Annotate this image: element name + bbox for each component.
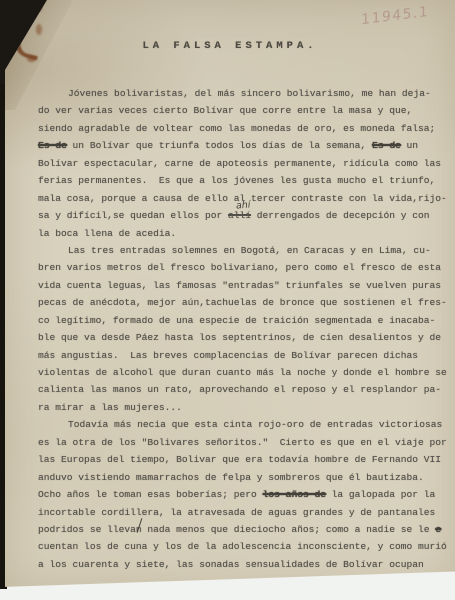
- text-line: es la otra de los "Bolivares señoritos."…: [38, 434, 447, 451]
- typed-text: podridos se lleva: [38, 524, 136, 535]
- text-line: co legítimo, formado de una especie de t…: [38, 312, 447, 329]
- typed-text: Jóvenes bolivaristas, del más sincero bo…: [68, 88, 431, 99]
- typed-text: es la otra de los "Bolivares señoritos."…: [38, 437, 447, 448]
- rust-stain-blob: [36, 24, 42, 35]
- typescript-body: Jóvenes bolivaristas, del más sincero bo…: [38, 85, 447, 573]
- typed-text: co legítimo, formado de una especie de t…: [38, 315, 435, 326]
- text-line: Todavía más necia que esta cinta rojo-or…: [38, 416, 447, 433]
- slashed-text: n: [136, 521, 142, 538]
- text-line: cuentan los de cuna y los de la adolesce…: [38, 538, 447, 555]
- text-line: más angustias. Las breves complacencias …: [38, 347, 447, 364]
- text-line: calienta las manos un rato, aprovechando…: [38, 381, 447, 398]
- struck-text: Es de: [372, 140, 401, 151]
- typed-text: a los cuarenta y siete, las sonadas sens…: [38, 559, 424, 570]
- typed-text: bren varios metros del fresco bolivarian…: [38, 262, 441, 273]
- text-line: violentas de alcohol que duran cuanto má…: [38, 364, 447, 381]
- typed-text: la galopada por la: [326, 489, 435, 500]
- typescript-paper: 11945.1 LA FALSA ESTAMPA. Jóvenes boliva…: [5, 0, 455, 588]
- typed-text: Las tres entradas solemnes en Bogotá, en…: [68, 245, 431, 256]
- typed-text: do ver varias veces cierto Bolívar que c…: [38, 105, 412, 116]
- typed-text: ble que va desde Páez hasta los septentr…: [38, 332, 441, 343]
- text-line: do ver varias veces cierto Bolívar que c…: [38, 102, 447, 119]
- typed-text: nada menos que dieciocho años; como a na…: [142, 524, 436, 535]
- typed-text: más angustias. Las breves complacencias …: [38, 350, 418, 361]
- struck-text: los años de: [263, 489, 326, 500]
- typed-text: incortable cordillera, la atravesada de …: [38, 507, 435, 518]
- rust-stain-blob: [27, 56, 36, 62]
- typed-text: siendo agradable de voltear como las mon…: [38, 123, 435, 134]
- struck-text: c: [435, 524, 441, 535]
- typed-text: vida cuenta leguas, las famosas "entrada…: [38, 280, 441, 291]
- text-line: pecas de anécdota, mejor aún,tachuelas d…: [38, 294, 447, 311]
- text-line: a los cuarenta y siete, las sonadas sens…: [38, 556, 447, 573]
- text-line: podridos se llevan nada menos que diecio…: [38, 521, 447, 538]
- scanned-page: 11945.1 LA FALSA ESTAMPA. Jóvenes boliva…: [0, 0, 455, 600]
- typed-text: ra mirar a las mujeres...: [38, 402, 182, 413]
- text-line: Jóvenes bolivaristas, del más sincero bo…: [38, 85, 447, 102]
- text-line: anduvo vistiendo mamarrachos de felpa y …: [38, 469, 447, 486]
- text-line: Ocho años le toman esas boberías; pero l…: [38, 486, 447, 503]
- typed-text: anduvo vistiendo mamarrachos de felpa y …: [38, 472, 424, 483]
- text-line: incortable cordillera, la atravesada de …: [38, 504, 447, 521]
- text-line: ra mirar a las mujeres...: [38, 399, 447, 416]
- typed-text: Ocho años le toman esas boberías; pero: [38, 489, 263, 500]
- text-line: siendo agradable de voltear como las mon…: [38, 120, 447, 137]
- typed-text: cuentan los de cuna y los de la adolesce…: [38, 541, 447, 552]
- typed-text: la boca llena de acedia.: [38, 228, 176, 239]
- document-title: LA FALSA ESTAMPA.: [5, 40, 455, 52]
- handwritten-archive-number: 11945.1: [361, 4, 429, 28]
- handwritten-correction: ahí: [235, 196, 251, 215]
- text-line: vida cuenta leguas, las famosas "entrada…: [38, 277, 447, 294]
- text-line: Es de un Bolívar que triunfa todos los d…: [38, 137, 447, 154]
- corrected-word: ahíallí: [228, 207, 251, 224]
- typed-text: calienta las manos un rato, aprovechando…: [38, 384, 441, 395]
- text-line: la boca llena de acedia.: [38, 225, 447, 242]
- text-line: Bolívar espectacular, carne de apoteosis…: [38, 155, 447, 172]
- typed-text: ferias permanentes. Es que a los jóvenes…: [38, 175, 435, 186]
- typed-text: un Bolívar que triunfa todos los días de…: [67, 140, 372, 151]
- typed-text: Bolívar espectacular, carne de apoteosis…: [38, 158, 441, 169]
- text-line: ferias permanentes. Es que a los jóvenes…: [38, 172, 447, 189]
- typed-text: Todavía más necia que esta cinta rojo-or…: [68, 419, 442, 430]
- typed-text: derrengados de decepción y con: [251, 210, 429, 221]
- text-line: las Europas del tiempo, Bolivar que era …: [38, 451, 447, 468]
- text-line: Las tres entradas solemnes en Bogotá, en…: [38, 242, 447, 259]
- text-line: ble que va desde Páez hasta los septentr…: [38, 329, 447, 346]
- text-line: bren varios metros del fresco bolivarian…: [38, 259, 447, 276]
- typed-text: violentas de alcohol que duran cuanto má…: [38, 367, 447, 378]
- typed-text: las Europas del tiempo, Bolivar que era …: [38, 454, 441, 465]
- typed-text: sa y difícil,se quedan ellos por: [38, 210, 228, 221]
- typed-text: pecas de anécdota, mejor aún,tachuelas d…: [38, 297, 447, 308]
- text-line: sa y difícil,se quedan ellos por ahíallí…: [38, 207, 447, 224]
- typed-text: un: [401, 140, 418, 151]
- struck-text: Es de: [38, 140, 67, 151]
